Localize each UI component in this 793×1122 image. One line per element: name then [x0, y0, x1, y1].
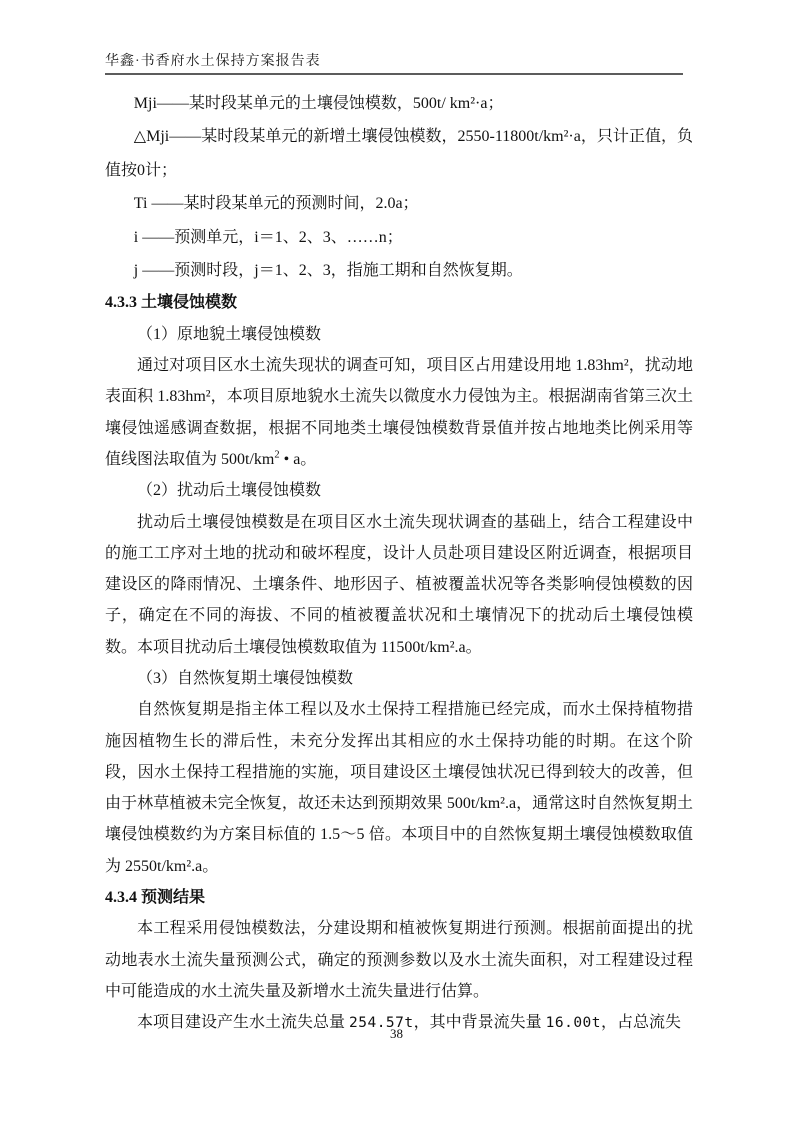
- paragraph-text-tail: • a。: [280, 451, 317, 468]
- paragraph-original-landform: 通过对项目区水土流失现状的调查可知，项目区占用建设用地 1.83hm²，扰动地表…: [105, 350, 693, 475]
- section-heading-4-3-3: 4.3.3 土壤侵蚀模数: [105, 287, 693, 318]
- document-page: 华鑫·书香府水土保持方案报告表 Mji——某时段某单元的土壤侵蚀模数，500t/…: [0, 0, 793, 1122]
- page-header: 华鑫·书香府水土保持方案报告表: [105, 50, 683, 75]
- subsection-title-2: （2）扰动后土壤侵蚀模数: [105, 475, 693, 506]
- subsection-title-3: （3）自然恢复期土壤侵蚀模数: [105, 663, 693, 694]
- subsection-title-1: （1）原地貌土壤侵蚀模数: [105, 319, 693, 350]
- definition-j: j ——预测时段，j＝1、2、3，指施工期和自然恢复期。: [105, 254, 693, 287]
- paragraph-natural-recovery: 自然恢复期是指主体工程以及水土保持工程措施已经完成，而水土保持植物措施因植物生长…: [105, 694, 693, 882]
- page-number: 38: [390, 1026, 403, 1041]
- paragraph-prediction-method: 本工程采用侵蚀模数法，分建设期和植被恢复期进行预测。根据前面提出的扰动地表水土流…: [105, 913, 693, 1007]
- definition-ti: Ti ——某时段某单元的预测时间，2.0a；: [105, 187, 693, 220]
- header-title: 华鑫·书香府水土保持方案报告表: [105, 54, 321, 69]
- definition-i: i ——预测单元，i＝1、2、3、……n；: [105, 221, 693, 254]
- definition-delta-mji: △Mji——某时段某单元的新增土壤侵蚀模数，2550-11800t/km²·a，…: [105, 120, 693, 187]
- paragraph-disturbed-modulus: 扰动后土壤侵蚀模数是在项目区水土流失现状调查的基础上，结合工程建设中的施工工序对…: [105, 507, 693, 663]
- section-heading-4-3-4: 4.3.4 预测结果: [105, 882, 693, 913]
- document-body: Mji——某时段某单元的土壤侵蚀模数，500t/ km²·a； △Mji——某时…: [105, 87, 693, 1040]
- definition-mji: Mji——某时段某单元的土壤侵蚀模数，500t/ km²·a；: [105, 87, 693, 120]
- page-footer: 38: [0, 1026, 793, 1042]
- paragraph-text: 通过对项目区水土流失现状的调查可知，项目区占用建设用地 1.83hm²，扰动地表…: [105, 357, 693, 468]
